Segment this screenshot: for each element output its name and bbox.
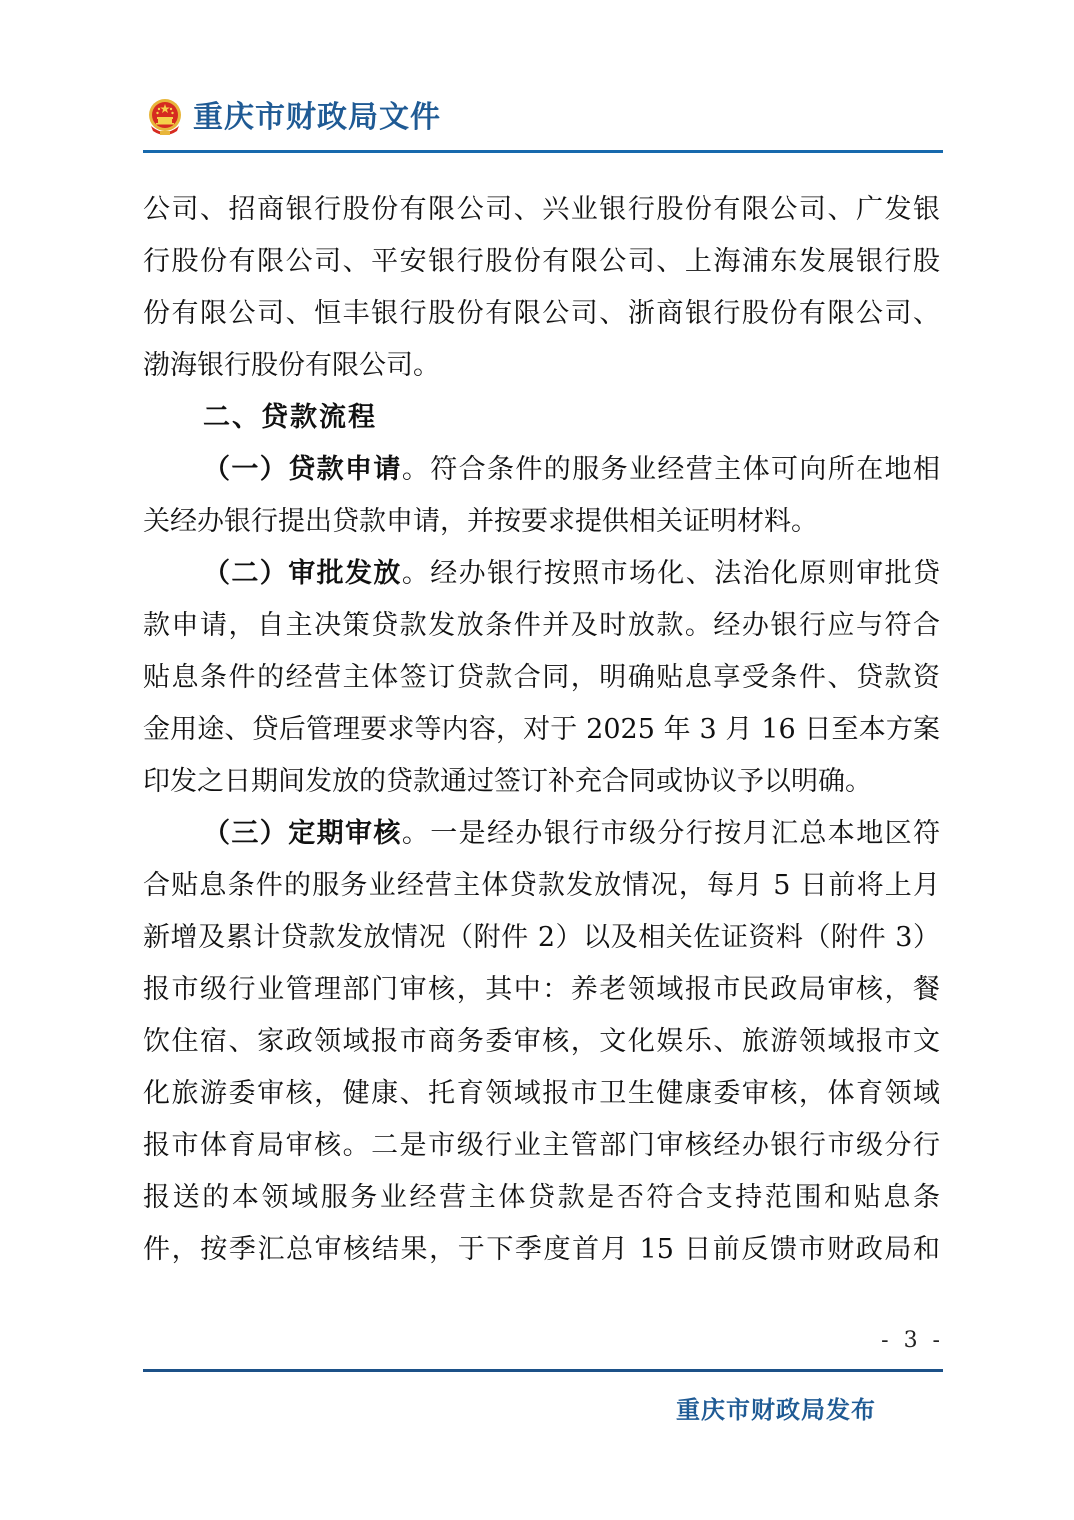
- document-page: 重庆市财政局文件 公司、招商银行股份有限公司、兴业银行股份有限公司、广发银 行股…: [0, 0, 1074, 1520]
- subsection-label: （二）审批发放: [203, 558, 402, 589]
- body-line: 行股份有限公司、平安银行股份有限公司、上海浦东发展银行股: [143, 240, 940, 292]
- body-line: 贴息条件的经营主体签订贷款合同，明确贴息享受条件、贷款资: [143, 656, 940, 708]
- header-divider: [143, 150, 943, 153]
- subsection-label: （三）定期审核: [203, 818, 402, 849]
- section-heading: 二、贷款流程: [143, 396, 940, 448]
- body-line: 款申请，自主决策贷款发放条件并及时放款。经办银行应与符合: [143, 604, 940, 656]
- body-line: 份有限公司、恒丰银行股份有限公司、浙商银行股份有限公司、: [143, 292, 940, 344]
- body-line: 渤海银行股份有限公司。: [143, 344, 940, 396]
- subsection-text: 。经办银行按照市场化、法治化原则审批贷: [402, 558, 940, 589]
- body-line: 件，按季汇总审核结果，于下季度首月 15 日前反馈市财政局和: [143, 1228, 940, 1280]
- body-line: 化旅游委审核，健康、托育领域报市卫生健康委审核，体育领域: [143, 1072, 940, 1124]
- body-line: 新增及累计贷款发放情况（附件 2）以及相关佐证资料（附件 3）: [143, 916, 940, 968]
- page-number: - 3 -: [860, 1328, 944, 1353]
- subsection-label: （一）贷款申请: [203, 454, 402, 485]
- body-line: 饮住宿、家政领域报市商务委审核，文化娱乐、旅游领域报市文: [143, 1020, 940, 1072]
- header-title: 重庆市财政局文件: [193, 98, 441, 138]
- body-line: 公司、招商银行股份有限公司、兴业银行股份有限公司、广发银: [143, 188, 940, 240]
- body-line: 报市级行业管理部门审核，其中：养老领域报市民政局审核，餐: [143, 968, 940, 1020]
- document-body: 公司、招商银行股份有限公司、兴业银行股份有限公司、广发银 行股份有限公司、平安银…: [143, 188, 940, 1280]
- body-line: 印发之日期间发放的贷款通过签订补充合同或协议予以明确。: [143, 760, 940, 812]
- body-line: 关经办银行提出贷款申请，并按要求提供相关证明材料。: [143, 500, 940, 552]
- footer-divider: [143, 1369, 943, 1372]
- body-line: 报送的本领域服务业经营主体贷款是否符合支持范围和贴息条: [143, 1176, 940, 1228]
- body-line: 金用途、贷后管理要求等内容，对于 2025 年 3 月 16 日至本方案: [143, 708, 940, 760]
- subsection-first-line: （一）贷款申请。符合条件的服务业经营主体可向所在地相: [143, 448, 940, 500]
- body-line: 合贴息条件的服务业经营主体贷款发放情况，每月 5 日前将上月: [143, 864, 940, 916]
- body-line: 报市体育局审核。二是市级行业主管部门审核经办银行市级分行: [143, 1124, 940, 1176]
- subsection-first-line: （二）审批发放。经办银行按照市场化、法治化原则审批贷: [143, 552, 940, 604]
- footer-publisher: 重庆市财政局发布: [676, 1390, 876, 1425]
- document-header: 重庆市财政局文件: [143, 96, 943, 154]
- subsection-text: 。一是经办银行市级分行按月汇总本地区符: [402, 818, 940, 849]
- subsection-first-line: （三）定期审核。一是经办银行市级分行按月汇总本地区符: [143, 812, 940, 864]
- subsection-text: 。符合条件的服务业经营主体可向所在地相: [402, 454, 940, 485]
- national-emblem-icon: [146, 98, 184, 138]
